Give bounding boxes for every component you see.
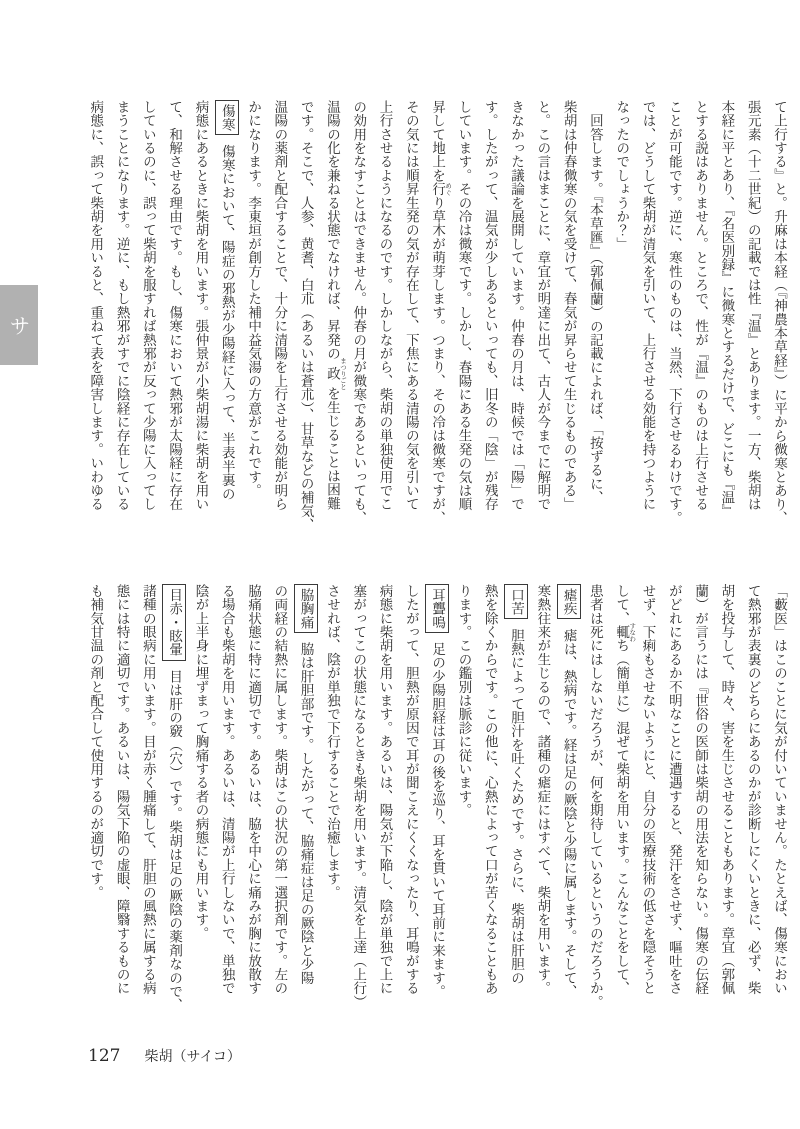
- page: サ て上行する』と。升麻は本経（『神農本草経』）に平から微寒とあり、張元素（十二…: [0, 0, 800, 1129]
- section-header: 瘧疾: [557, 584, 581, 619]
- section-header: 目赤・眩暈: [162, 584, 186, 661]
- text-block-top: て上行する』と。升麻は本経（『神農本草経』）に平から微寒とあり、張元素（十二世紀…: [80, 100, 792, 536]
- section-header: 口苦: [504, 584, 528, 619]
- section-header: 耳聾鳴: [425, 584, 449, 633]
- section-header: 傷寒: [215, 100, 239, 135]
- section-header: 脇胸痛: [294, 584, 318, 633]
- ruby-gloss: 政まつりごと: [324, 360, 340, 386]
- index-tab-sa: サ: [0, 285, 38, 365]
- page-number: 127: [88, 1046, 120, 1066]
- running-title: 柴胡（サイコ）: [144, 1046, 240, 1066]
- text-block-bottom: 「藪医」はこのことに気が付いていません。たとえば、傷寒において熱邪が表裏のどちら…: [80, 584, 792, 1032]
- ruby-gloss: 行めぐ: [429, 182, 445, 196]
- ruby-gloss: 輒すなわ: [613, 625, 629, 639]
- page-footer: 127 柴胡（サイコ）: [88, 1046, 241, 1066]
